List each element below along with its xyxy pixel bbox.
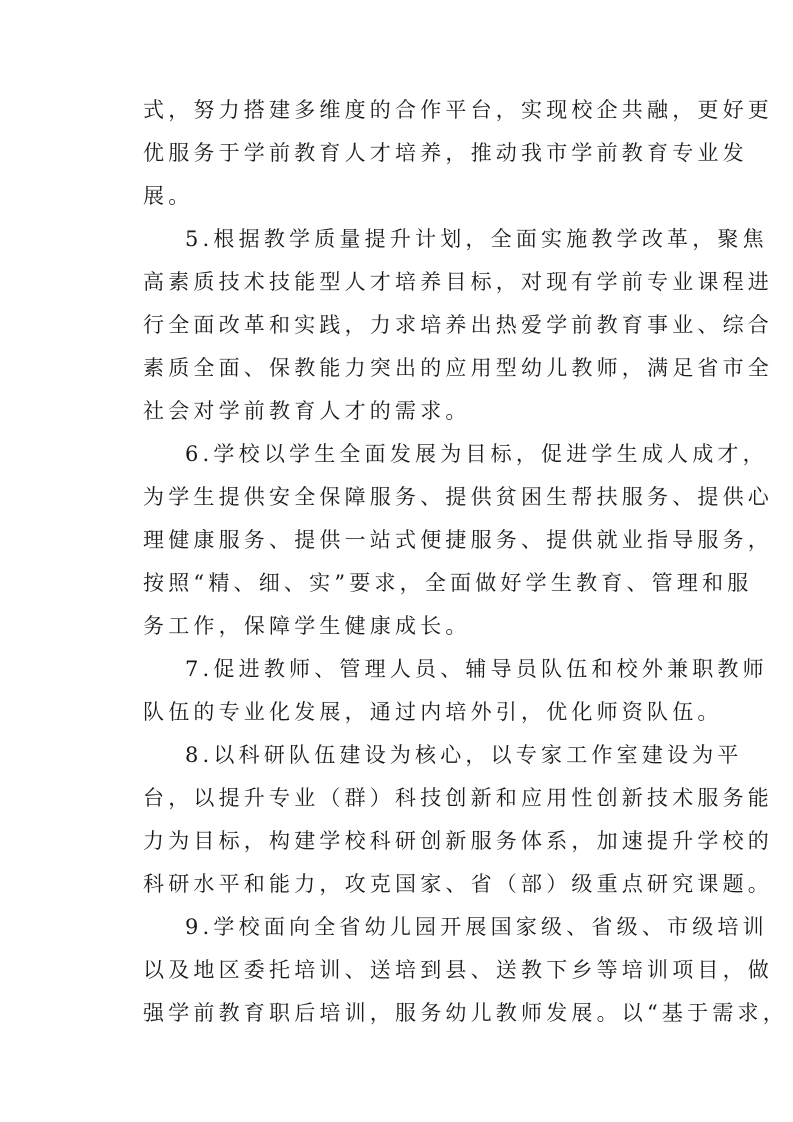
text-line: 式，努力搭建多维度的合作平台，实现校企共融，更好更: [143, 98, 673, 122]
paragraph-5-start: 5.根据教学质量提升计划，全面实施教学改革，聚焦: [185, 227, 673, 251]
paragraph-9-start: 9.学校面向全省幼儿园开展国家级、省级、市级培训: [185, 915, 673, 939]
text-line: 强学前教育职后培训，服务幼儿教师发展。以“基于需求，: [143, 1001, 673, 1025]
text-line: 社会对学前教育人才的需求。: [143, 399, 673, 423]
text-line: 队伍的专业化发展，通过内培外引，优化师资队伍。: [143, 700, 673, 724]
text-line: 以及地区委托培训、送培到县、送教下乡等培训项目，做: [143, 958, 673, 982]
text-line: 台，以提升专业（群）科技创新和应用性创新技术服务能: [143, 786, 673, 810]
text-line: 为学生提供安全保障服务、提供贫困生帮扶服务、提供心: [143, 485, 673, 509]
paragraph-7-start: 7.促进教师、管理人员、辅导员队伍和校外兼职教师: [185, 657, 673, 681]
text-line: 科研水平和能力，攻克国家、省（部）级重点研究课题。: [143, 872, 673, 896]
text-line: 务工作，保障学生健康成长。: [143, 614, 673, 638]
text-line: 力为目标，构建学校科研创新服务体系，加速提升学校的: [143, 829, 673, 853]
text-line: 优服务于学前教育人才培养，推动我市学前教育专业发: [143, 141, 673, 165]
text-line: 高素质技术技能型人才培养目标，对现有学前专业课程进: [143, 270, 673, 294]
text-line: 理健康服务、提供一站式便捷服务、提供就业指导服务，: [143, 528, 673, 552]
text-line: 行全面改革和实践，力求培养出热爱学前教育事业、综合: [143, 313, 673, 337]
paragraph-6-start: 6.学校以学生全面发展为目标，促进学生成人成才，: [185, 442, 673, 466]
document-page: 式，努力搭建多维度的合作平台，实现校企共融，更好更 优服务于学前教育人才培养，推…: [0, 0, 793, 1122]
paragraph-8-start: 8.以科研队伍建设为核心，以专家工作室建设为平: [185, 743, 673, 767]
text-line: 展。: [143, 184, 673, 208]
text-line: 按照“精、细、实”要求，全面做好学生教育、管理和服: [143, 571, 673, 595]
text-line: 素质全面、保教能力突出的应用型幼儿教师，满足省市全: [143, 356, 673, 380]
